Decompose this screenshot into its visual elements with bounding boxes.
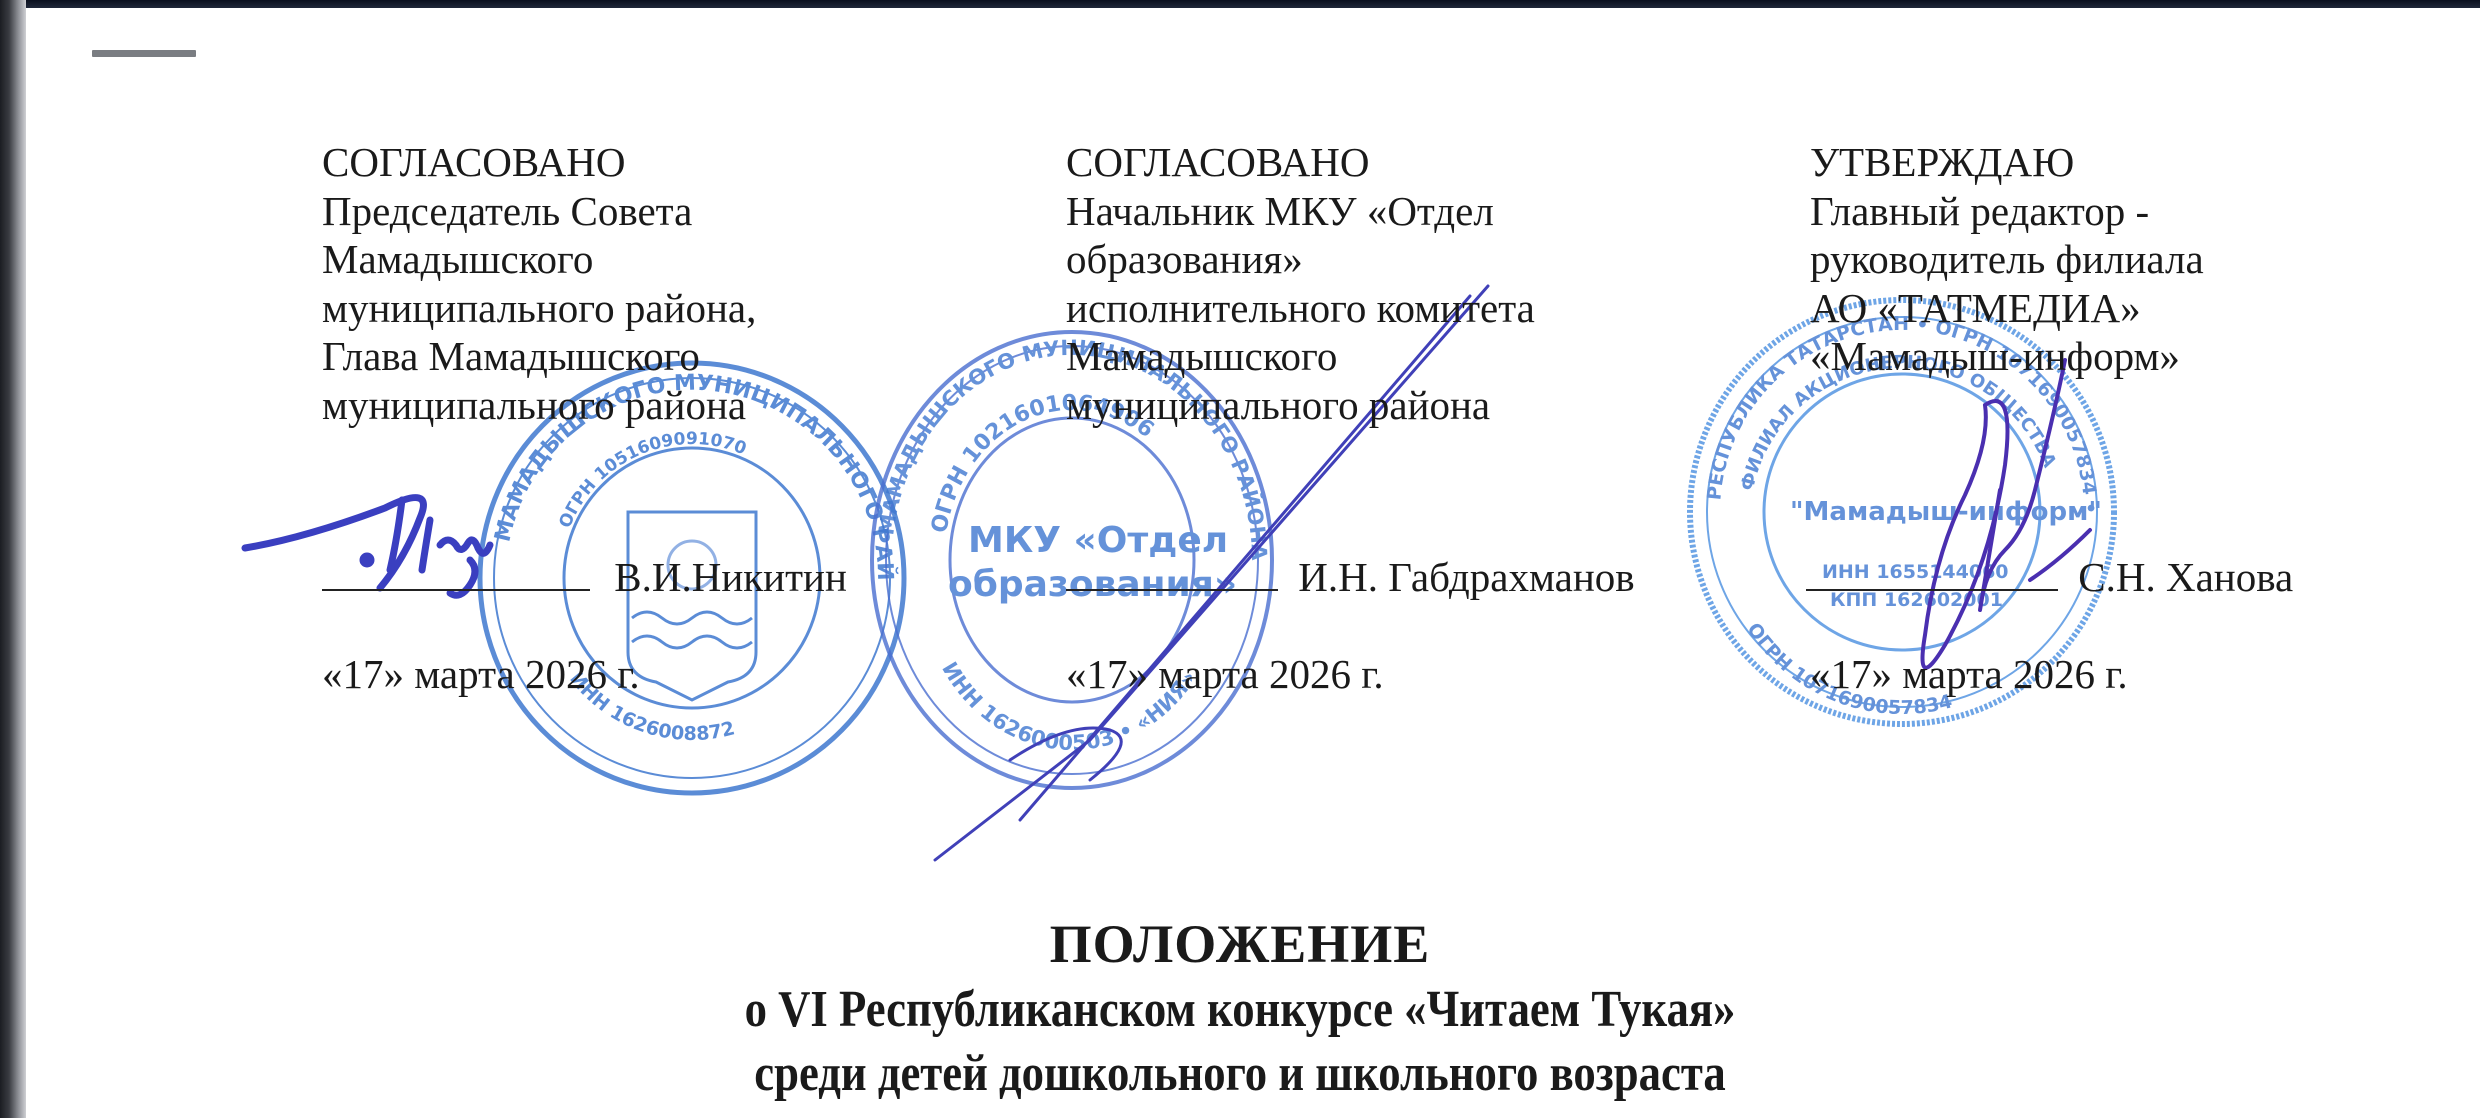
position-line: АО «ТАТМЕДИА» [1810,284,2204,333]
approval-block-council: СОГЛАСОВАНО Председатель Совета Мамадышс… [322,138,756,429]
scan-mark [92,50,196,57]
approval-date: «17» марта 2026 г. [322,650,640,698]
signer-name: С.Н. Ханова [2078,554,2293,600]
document-title-block: ПОЛОЖЕНИЕ о VI Республиканском конкурсе … [0,910,2480,1106]
approval-heading: СОГЛАСОВАНО [1066,138,1535,187]
scan-top-edge [0,0,2480,8]
signer-name: В.И.Никитин [614,554,847,600]
position-line: Начальник МКУ «Отдел [1066,187,1535,236]
document-subtitle-line: о VI Республиканском конкурсе «Читаем Ту… [174,978,2307,1042]
stamp-tatmedia: РЕСПУБЛИКА ТАТАРСТАН • ОГРН 107169005783… [0,0,2114,724]
signer-name: И.Н. Габдрахманов [1298,554,1634,600]
position-line: Мамадышского [322,235,756,284]
approval-heading: СОГЛАСОВАНО [322,138,756,187]
approval-date: «17» марта 2026 г. [1066,650,1384,698]
position-line: руководитель филиала [1810,235,2204,284]
signature-line [322,549,590,591]
signature-row-education: И.Н. Габдрахманов [1066,549,1635,601]
document-title: ПОЛОЖЕНИЕ [0,910,2480,978]
signature-khanova [1923,360,2091,668]
svg-text:ОГРН 1051609091070: ОГРН 1051609091070 [555,429,749,531]
document-subtitle-line: среди детей дошкольного и школьного возр… [174,1042,2307,1106]
position-line: Мамадышского [1066,332,1535,381]
position-line: образования» [1066,235,1535,284]
signature-row-council: В.И.Никитин [322,549,847,601]
signature-row-tatmedia: С.Н. Ханова [1806,549,2293,601]
position-line: Главный редактор - [1810,187,2204,236]
position-line: Председатель Совета [322,187,756,236]
approval-date: «17» марта 2026 г. [1810,650,2128,698]
position-line: муниципального района [1066,381,1535,430]
position-line: муниципального района [322,381,756,430]
approval-heading: УТВЕРЖДАЮ [1810,138,2204,187]
signature-line [1066,549,1278,591]
approval-block-tatmedia: УТВЕРЖДАЮ Главный редактор - руководител… [1810,138,2204,381]
position-line: муниципального района, [322,284,756,333]
approval-block-education: СОГЛАСОВАНО Начальник МКУ «Отдел образов… [1066,138,1535,429]
svg-text:"Мамадыш-информ": "Мамадыш-информ" [1790,497,2102,527]
position-line: исполнительного комитета [1066,284,1535,333]
position-line: «Мамадыш-информ» [1810,332,2204,381]
svg-text:РЕСПУБЛИКА ТАТАРСТАН • ОГРН 10: РЕСПУБЛИКА ТАТАРСТАН • ОГРН 107169005783… [0,0,2101,514]
position-line: Глава Мамадышского [322,332,756,381]
signature-line [1806,549,2058,591]
